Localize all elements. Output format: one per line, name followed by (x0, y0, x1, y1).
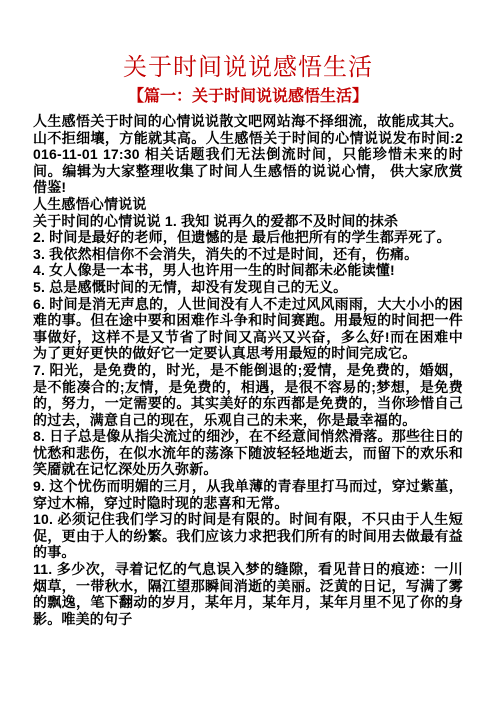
paragraph: 关于时间的心情说说 1. 我知 说再久的爱都不及时间的抹杀 (33, 213, 463, 230)
paragraph: 9. 这个忧伤而明媚的三月，从我单薄的青春里打马而过，穿过紫堇，穿过木棉，穿过时… (33, 478, 463, 511)
paragraph: 10. 必须记住我们学习的时间是有限的。时间有限，不只由于人生短促，更由于人的纷… (33, 511, 463, 561)
paragraph: 3. 我依然相信你不会消失，消失的不过是时间，还有，伤痛。 (33, 246, 463, 263)
paragraph: 人生感悟关于时间的心情说说散文吧网站海不择细流，故能成其大。山不拒细壤，方能就其… (33, 113, 463, 196)
paragraph: 8. 日子总是像从指尖流过的细沙，在不经意间悄然滑落。那些往日的忧愁和悲伤，在似… (33, 428, 463, 478)
document-body: 人生感悟关于时间的心情说说散文吧网站海不择细流，故能成其大。山不拒细壤，方能就其… (33, 113, 463, 627)
paragraph: 4. 女人像是一本书，男人也许用一生的时间都未必能读懂! (33, 262, 463, 279)
paragraph: 人生感悟心情说说 (33, 196, 463, 213)
paragraph: 7. 阳光，是免费的，时光，是不能倒退的;爱情，是免费的，婚姻，是不能凑合的;友… (33, 362, 463, 428)
paragraph: 2. 时间是最好的老师，但遗憾的是 最后他把所有的学生都弄死了。 (33, 229, 463, 246)
paragraph: 6. 时间是消无声息的，人世间没有人不走过风风雨雨，大大小小的困难的事。但在途中… (33, 296, 463, 362)
paragraph: 5. 总是感慨时间的无情，却没有发现自己的无义。 (33, 279, 463, 296)
document-subtitle: 【篇一：关于时间说说感悟生活】 (0, 86, 496, 107)
document-page: 关于时间说说感悟生活 【篇一：关于时间说说感悟生活】 人生感悟关于时间的心情说说… (0, 0, 496, 702)
paragraph: 11. 多少次，寻着记忆的气息误入梦的缝隙，看见昔日的痕迹：一川烟草，一带秋水，… (33, 561, 463, 627)
document-title: 关于时间说说感悟生活 (0, 52, 496, 84)
